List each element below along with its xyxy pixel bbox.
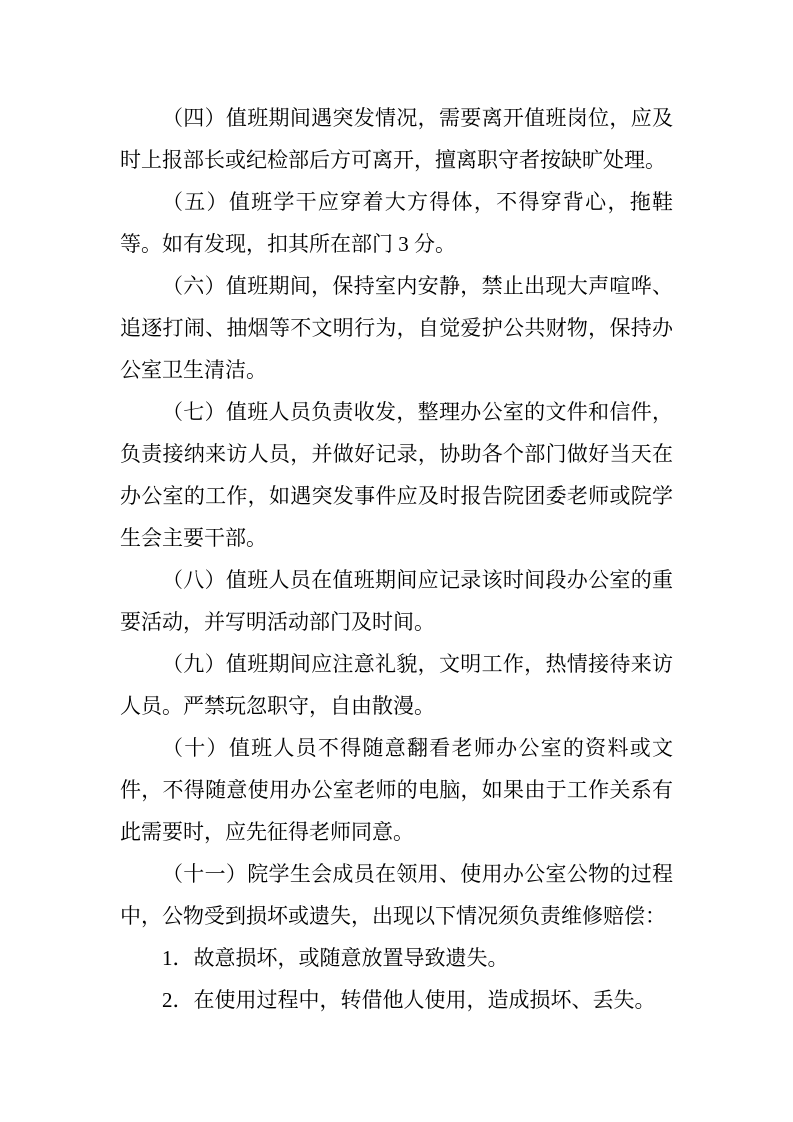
clause-10: （十）值班人员不得随意翻看老师办公室的资料或文件，不得随意使用办公室老师的电脑，… [120, 727, 673, 853]
clause-11: （十一）院学生会成员在领用、使用办公室公物的过程中，公物受到损坏或遗失，出现以下… [120, 853, 673, 937]
clause-9: （九）值班期间应注意礼貌，文明工作，热情接待来访人员。严禁玩忽职守，自由散漫。 [120, 643, 673, 727]
list-item-2: 2．在使用过程中，转借他人使用，造成损坏、丢失。 [120, 979, 673, 1021]
clause-8: （八）值班人员在值班期间应记录该时间段办公室的重要活动，并写明活动部门及时间。 [120, 559, 673, 643]
clause-7: （七）值班人员负责收发，整理办公室的文件和信件，负责接纳来访人员，并做好记录，协… [120, 391, 673, 559]
clause-5: （五）值班学干应穿着大方得体，不得穿背心，拖鞋等。如有发现，扣其所在部门 3 分… [120, 181, 673, 265]
document-body: （四）值班期间遇突发情况，需要离开值班岗位，应及时上报部长或纪检部后方可离开，擅… [120, 97, 673, 1021]
document-page: （四）值班期间遇突发情况，需要离开值班岗位，应及时上报部长或纪检部后方可离开，擅… [0, 0, 793, 1122]
clause-6: （六）值班期间，保持室内安静，禁止出现大声喧哗、追逐打闹、抽烟等不文明行为，自觉… [120, 265, 673, 391]
list-item-1: 1．故意损坏，或随意放置导致遗失。 [120, 937, 673, 979]
clause-4: （四）值班期间遇突发情况，需要离开值班岗位，应及时上报部长或纪检部后方可离开，擅… [120, 97, 673, 181]
